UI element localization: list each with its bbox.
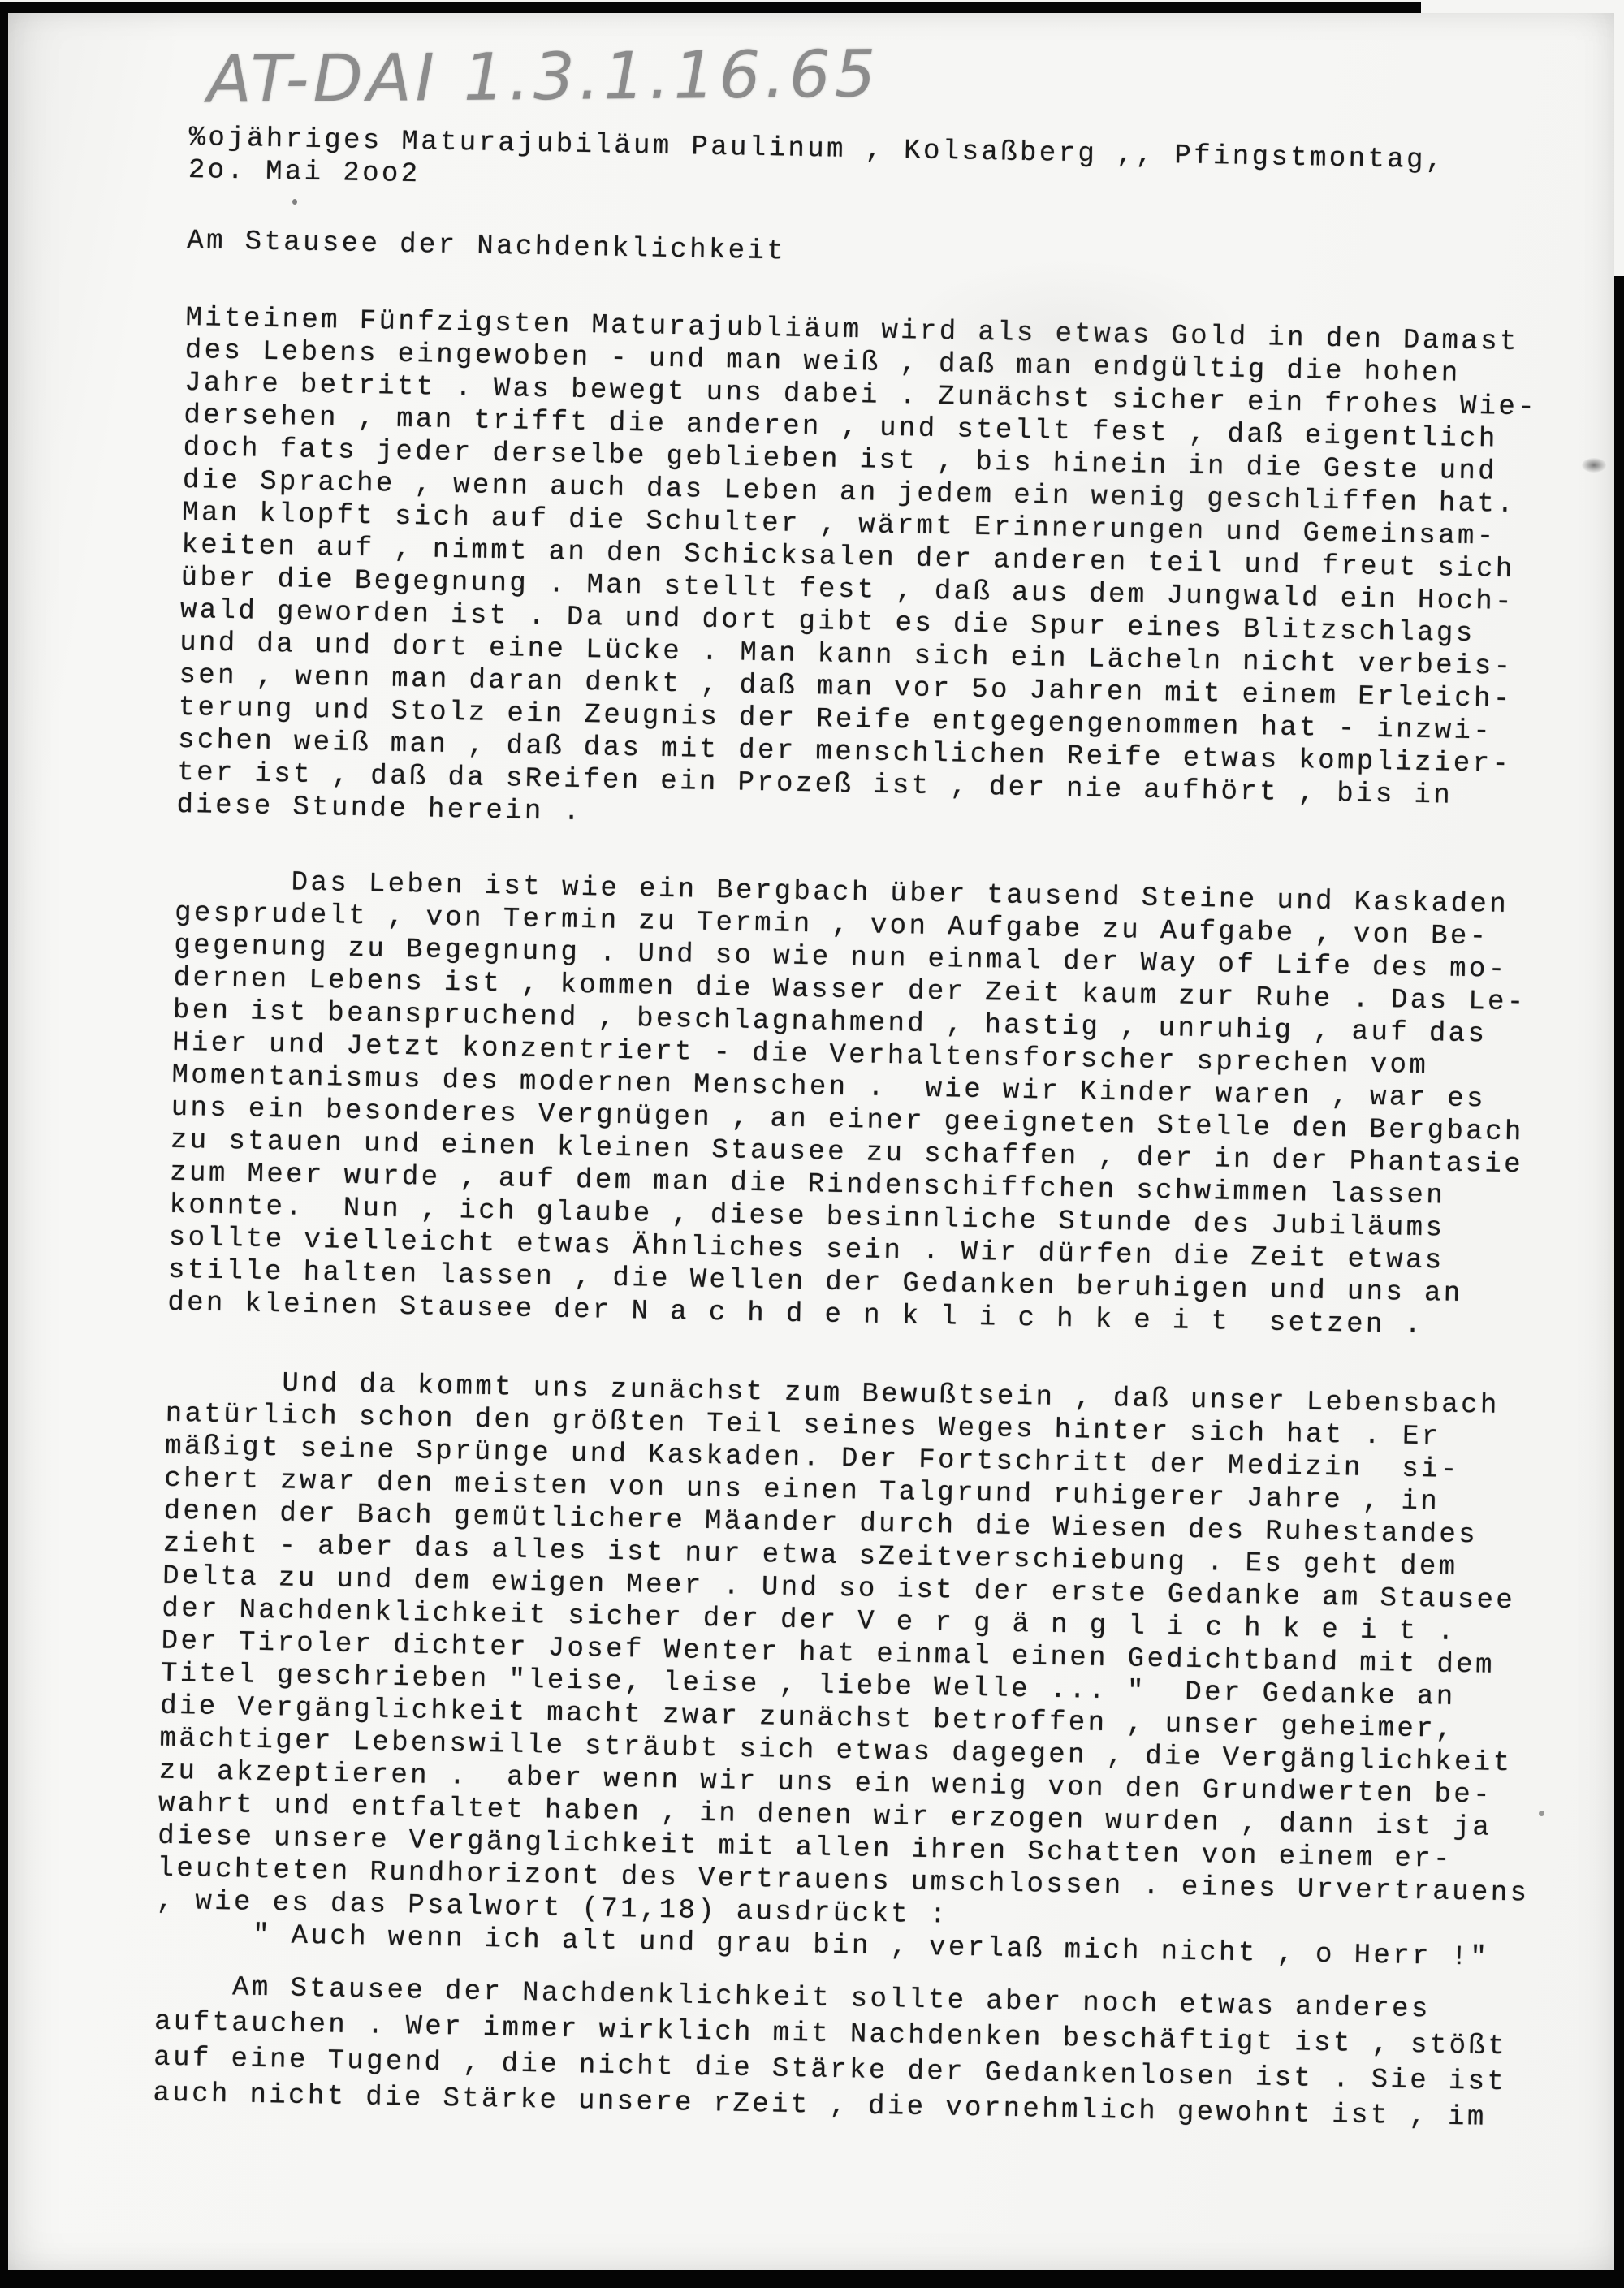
scan-dot [292, 199, 297, 205]
document-heading: Am Stausee der Nachdenklichkeit [187, 225, 1551, 283]
document-title: %ojähriges Maturajubiläum Paulinum , Kol… [188, 122, 1553, 212]
scanned-page: AT-DAI 1.3.1.16.65 %ojähriges Maturajubi… [8, 13, 1614, 2270]
handwritten-archival-note: AT-DAI 1.3.1.16.65 [207, 36, 880, 117]
scan-speck [1582, 458, 1606, 473]
scan-edge-white-sliver [0, 0, 1624, 2]
paragraph-3: Und da kommt uns zunächst zum Bewußtsein… [156, 1366, 1531, 1975]
scan-edge-white-right-top [1614, 0, 1624, 276]
paragraph-1: Miteinem Fünfzigsten Maturajubliäum wird… [176, 302, 1549, 847]
paragraph-4: Am Stausee der Nachdenklichkeit sollte a… [153, 1969, 1519, 2137]
paragraph-2: Das Leben ist wie ein Bergbach über taus… [167, 865, 1540, 1345]
scanned-document-canvas: { "colors": { "scan_background": "#05050… [0, 0, 1624, 2288]
typewritten-text-layer: %ojähriges Maturajubiläum Paulinum , Kol… [153, 122, 1553, 2136]
scan-dot [1539, 1811, 1544, 1816]
scan-edge-white-top-right [1421, 0, 1624, 13]
